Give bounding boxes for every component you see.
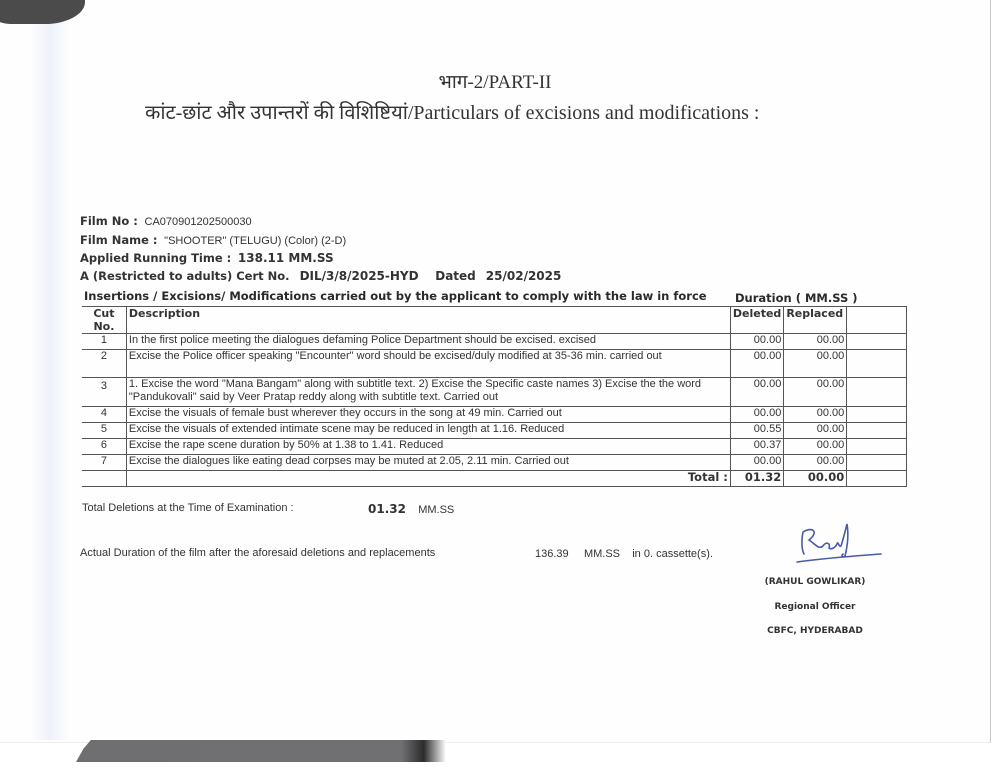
film-no-value: CA070901202500030 [145, 216, 252, 228]
table-row: 5 Excise the visuals of extended intimat… [82, 423, 907, 439]
cut-deleted: 00.00 [730, 407, 783, 423]
scan-artifact-bottom [76, 740, 446, 762]
cut-blank [847, 334, 907, 350]
actual-duration-value: 136.39 [535, 548, 569, 560]
running-time-value: 138.11 MM.SS [238, 251, 334, 265]
cut-description: Excise the visuals of extended intimate … [126, 423, 730, 439]
cut-description: 1. Excise the word "Mana Bangam" along w… [126, 378, 730, 407]
signatory-designation: Regional Officer [745, 602, 885, 612]
cut-description: Excise the rape scene duration by 50% at… [126, 439, 730, 455]
total-deletions-line: Total Deletions at the Time of Examinati… [82, 502, 294, 514]
col-cut-no: Cut No. [82, 307, 126, 334]
cut-replaced: 00.00 [784, 455, 847, 471]
dated-value: 25/02/2025 [486, 269, 562, 283]
cut-replaced: 00.00 [784, 407, 847, 423]
total-deletions-label: Total Deletions at the Time of Examinati… [82, 502, 294, 514]
table-row: 4 Excise the visuals of female bust wher… [82, 407, 907, 423]
cut-blank [847, 378, 907, 407]
cut-no: 5 [82, 423, 126, 439]
total-deleted: 01.32 [730, 471, 783, 487]
film-no-line: Film No : CA070901202500030 [80, 214, 252, 228]
cut-deleted: 00.00 [730, 350, 783, 378]
cut-replaced: 00.00 [784, 423, 847, 439]
cut-replaced: 00.00 [784, 378, 847, 407]
cut-no: 3 [82, 378, 126, 407]
table-row: 6 Excise the rape scene duration by 50% … [82, 439, 907, 455]
cert-no-value: DIL/3/8/2025-HYD [300, 269, 419, 283]
signatory-office: CBFC, HYDERABAD [745, 626, 885, 636]
signatory-name: (RAHUL GOWLIKAR) [745, 577, 885, 587]
cut-deleted: 00.00 [730, 334, 783, 350]
total-blank [847, 471, 907, 487]
cassette-count: in 0. cassette(s). [632, 548, 713, 560]
table-row: 3 1. Excise the word "Mana Bangam" along… [82, 378, 907, 407]
part-heading: भाग-2/PART-II [0, 68, 990, 94]
cut-description: Excise the visuals of female bust wherev… [126, 407, 730, 423]
cut-description: Excise the Police officer speaking "Enco… [126, 350, 730, 378]
total-label: Total : [126, 471, 730, 487]
signature-icon [795, 518, 885, 568]
scan-shadow [30, 0, 70, 740]
table-header-row: Cut No. Description Deleted Replaced [82, 307, 907, 334]
cut-deleted: 00.37 [730, 439, 783, 455]
cut-description: In the first police meeting the dialogue… [126, 334, 730, 350]
table-row: 1 In the first police meeting the dialog… [82, 334, 907, 350]
col-replaced: Replaced [784, 307, 847, 334]
cut-no: 2 [82, 350, 126, 378]
cut-blank [847, 455, 907, 471]
actual-duration-figure: 136.39 MM.SS in 0. cassette(s). [535, 548, 713, 560]
col-deleted: Deleted [730, 307, 783, 334]
table-row: 7 Excise the dialogues like eating dead … [82, 455, 907, 471]
dated-label: Dated [435, 269, 476, 283]
cut-blank [847, 439, 907, 455]
cut-replaced: 00.00 [784, 334, 847, 350]
cut-deleted: 00.55 [730, 423, 783, 439]
running-time-line: Applied Running Time : 138.11 MM.SS [80, 251, 334, 265]
cut-replaced: 00.00 [784, 439, 847, 455]
cut-replaced: 00.00 [784, 350, 847, 378]
film-name-line: Film Name : "SHOOTER" (TELUGU) (Color) (… [80, 233, 346, 247]
col-blank [847, 307, 907, 334]
cut-no: 4 [82, 407, 126, 423]
total-row: Total : 01.32 00.00 [82, 471, 907, 487]
total-deletions-unit: MM.SS [418, 504, 454, 516]
actual-duration-unit: MM.SS [584, 548, 620, 560]
cut-blank [847, 350, 907, 378]
total-deletions-figure: 01.32 MM.SS [368, 502, 454, 516]
cut-no: 7 [82, 455, 126, 471]
film-name-value: "SHOOTER" (TELUGU) (Color) (2-D) [164, 235, 346, 247]
cut-deleted: 00.00 [730, 378, 783, 407]
cut-blank [847, 423, 907, 439]
cuts-section-title: Insertions / Excisions/ Modifications ca… [84, 289, 707, 303]
cut-no: 6 [82, 439, 126, 455]
excisions-table: Cut No. Description Deleted Replaced 1 I… [82, 306, 907, 487]
table-row: 2 Excise the Police officer speaking "En… [82, 350, 907, 378]
cut-blank [847, 407, 907, 423]
col-description: Description [126, 307, 730, 334]
cut-deleted: 00.00 [730, 455, 783, 471]
cut-description: Excise the dialogues like eating dead co… [126, 455, 730, 471]
film-name-label: Film Name : [80, 233, 158, 247]
certificate-line: A (Restricted to adults) Cert No. DIL/3/… [80, 269, 561, 283]
actual-duration-label: Actual Duration of the film after the af… [80, 547, 435, 559]
document-title: कांट-छांट और उपान्तरों की विशिष्टियां/Pa… [145, 98, 759, 125]
duration-header: Duration ( MM.SS ) [735, 291, 858, 305]
actual-duration-line: Actual Duration of the film after the af… [80, 547, 435, 559]
cert-label: A (Restricted to adults) Cert No. [80, 269, 290, 283]
cut-no: 1 [82, 334, 126, 350]
total-deletions-value: 01.32 [368, 502, 406, 516]
total-cut-no [82, 471, 126, 487]
running-time-label: Applied Running Time : [80, 251, 231, 265]
film-no-label: Film No : [80, 214, 138, 228]
total-replaced: 00.00 [784, 471, 847, 487]
